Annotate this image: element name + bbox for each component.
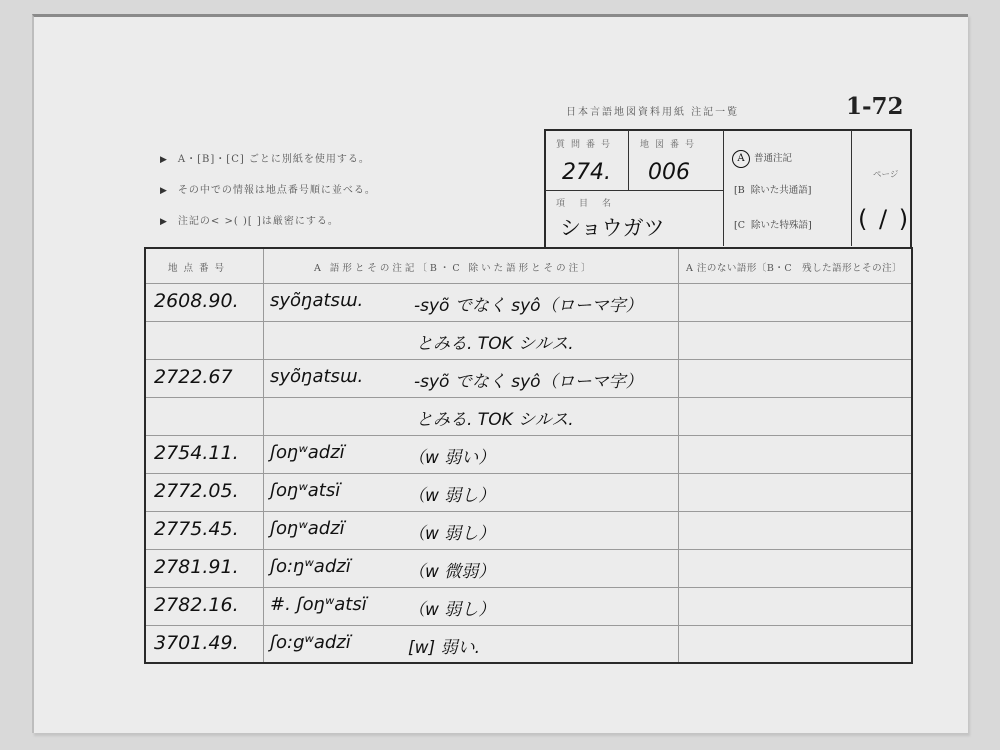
note: -syõ でなく syô（ローマ字）	[414, 291, 643, 316]
point-number: 2781.91.	[154, 556, 239, 578]
table-row: 2781.91.ʃo:ŋʷadzï（w 微弱）	[146, 549, 911, 587]
table-row: 2775.45.ʃoŋʷadzï（w 弱し）	[146, 511, 911, 549]
note: （w 弱し）	[408, 595, 495, 620]
instruction-3: ▶注記の< >( )[ ]は厳密にする。	[160, 212, 339, 227]
point-number: 2782.16.	[154, 594, 239, 616]
table-row: 3701.49.ʃo:gʷadzï[w] 弱い.	[146, 625, 911, 663]
category-c: [C 除いた特殊語]	[734, 217, 812, 231]
table-row: 2772.05.ʃoŋʷatsï（w 弱し）	[146, 473, 911, 511]
item-name-value: ショウガツ	[560, 212, 665, 242]
note: （w 微弱）	[408, 557, 495, 582]
notes-table: 地点番号 A 語形とその注記〔B・C 除いた語形とその注〕 A 注のない語形〔B…	[144, 247, 913, 664]
word-form: syõŋatsɯ.	[270, 290, 363, 311]
word-form: ʃoŋʷatsï	[270, 480, 340, 501]
word-form: ʃo:gʷadzï	[270, 632, 351, 653]
page-label: ページ	[873, 168, 898, 180]
selected-circle-icon: A	[732, 150, 750, 168]
triangle-bullet-icon: ▶	[160, 186, 168, 196]
map-number-label: 地図番号	[640, 137, 700, 150]
instruction-1: ▶A・[B]・[C] ごとに別紙を使用する。	[160, 150, 370, 165]
point-number: 3701.49.	[154, 632, 239, 654]
instruction-2: ▶その中での情報は地点番号順に並べる。	[160, 181, 376, 196]
table-row: とみる. TOK シルス.	[146, 397, 911, 435]
triangle-bullet-icon: ▶	[160, 217, 168, 227]
point-number: 2775.45.	[154, 518, 239, 540]
word-form: ʃoŋʷadzï	[270, 518, 345, 539]
word-form: syõŋatsɯ.	[270, 366, 363, 387]
word-form: ʃoŋʷadzï	[270, 442, 345, 463]
item-name-label: 項目名	[556, 196, 625, 209]
question-number-value: 274.	[562, 160, 611, 185]
point-number: 2754.11.	[154, 442, 239, 464]
divider	[851, 130, 852, 246]
table-row: 2754.11.ʃoŋʷadzï（w 弱い）	[146, 435, 911, 473]
header-form-note: A 語形とその注記〔B・C 除いた語形とその注〕	[314, 260, 594, 274]
note: （w 弱い）	[408, 443, 495, 468]
note: （w 弱し）	[408, 481, 495, 506]
page-value: ( / )	[858, 205, 910, 233]
note: とみる. TOK シルス.	[416, 329, 574, 354]
category-b: [B 除いた共通語]	[734, 182, 811, 196]
form-title: 日本言語地図資料用紙 注記一覧	[566, 103, 739, 118]
header-no-note-form: A 注のない語形〔B・C 残した語形とその注〕	[686, 260, 902, 274]
table-row: 2608.90.syõŋatsɯ.-syõ でなく syô（ローマ字）	[146, 283, 911, 321]
divider	[628, 130, 629, 190]
point-number: 2772.05.	[154, 480, 239, 502]
category-a: A普通注記	[732, 150, 792, 168]
note: （w 弱し）	[408, 519, 495, 544]
header-point-number: 地点番号	[168, 260, 230, 274]
word-form: #. ʃoŋʷatsï	[270, 594, 367, 615]
note: [w] 弱い.	[408, 633, 480, 658]
divider	[545, 190, 723, 191]
table-row: とみる. TOK シルス.	[146, 321, 911, 359]
divider	[723, 130, 724, 246]
point-number: 2722.67	[154, 366, 233, 388]
note: とみる. TOK シルス.	[416, 405, 574, 430]
note: -syõ でなく syô（ローマ字）	[414, 367, 643, 392]
triangle-bullet-icon: ▶	[160, 155, 168, 165]
map-number-value: 006	[648, 160, 690, 185]
table-row: 2722.67syõŋatsɯ.-syõ でなく syô（ローマ字）	[146, 359, 911, 397]
word-form: ʃo:ŋʷadzï	[270, 556, 351, 577]
point-number: 2608.90.	[154, 290, 239, 312]
question-number-label: 質問番号	[556, 137, 616, 150]
card-number: 1-72	[846, 93, 904, 120]
table-row: 2782.16.#. ʃoŋʷatsï（w 弱し）	[146, 587, 911, 625]
